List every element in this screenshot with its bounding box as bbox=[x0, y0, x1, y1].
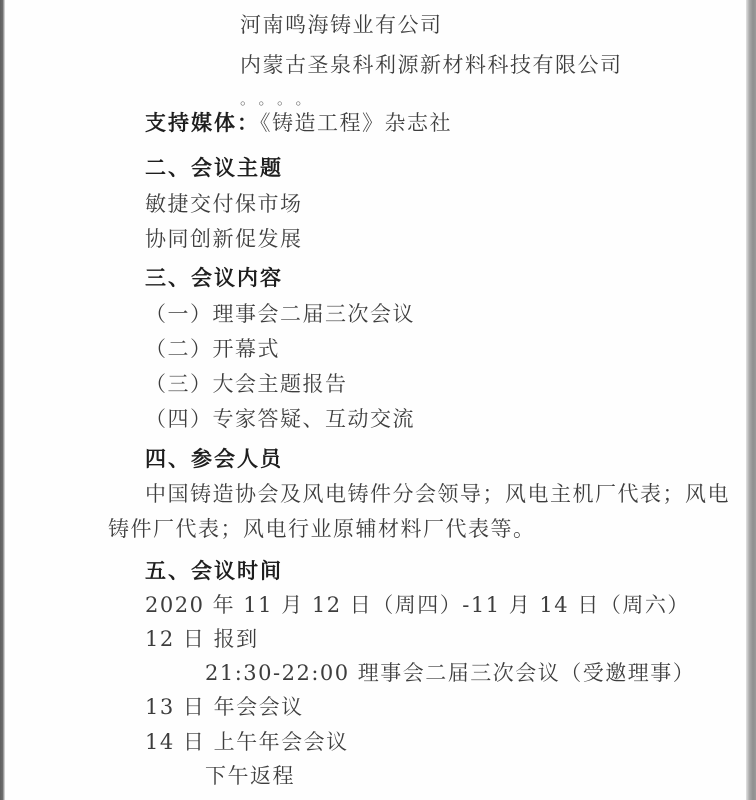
media-support-label: 支持媒体： bbox=[145, 111, 260, 135]
schedule-day14-afternoon: 下午返程 bbox=[205, 763, 295, 789]
content-item-1: （一）理事会二届三次会议 bbox=[145, 301, 415, 327]
schedule-day12-evening: 21:30-22:00 理事会二届三次会议（受邀理事） bbox=[205, 660, 695, 686]
scan-edge-right bbox=[746, 0, 756, 800]
content-item-4: （四）专家答疑、互动交流 bbox=[145, 406, 415, 432]
ellipsis-dots: 。。。。 bbox=[240, 86, 322, 112]
schedule-date-range: 2020 年 11 月 12 日（周四）-11 月 14 日（周六） bbox=[145, 592, 690, 618]
theme-line-1: 敏捷交付保市场 bbox=[145, 191, 303, 217]
organizer-company-1: 河南鸣海铸业有公司 bbox=[240, 12, 443, 38]
scan-edge-left bbox=[0, 0, 5, 800]
section-theme-heading: 二、会议主题 bbox=[145, 155, 283, 181]
media-support-line: 支持媒体：《铸造工程》杂志社 bbox=[145, 110, 452, 136]
organizer-company-2: 内蒙古圣泉科利源新材料科技有限公司 bbox=[240, 52, 623, 78]
attendees-para-line-2: 铸件厂代表；风电行业原辅材料厂代表等。 bbox=[108, 516, 536, 542]
section-attendees-heading: 四、参会人员 bbox=[145, 446, 283, 472]
section-content-heading: 三、会议内容 bbox=[145, 265, 283, 291]
theme-line-2: 协同创新促发展 bbox=[145, 226, 303, 252]
section-schedule-heading: 五、会议时间 bbox=[145, 558, 283, 584]
schedule-day12: 12 日 报到 bbox=[145, 626, 259, 652]
content-item-3: （三）大会主题报告 bbox=[145, 371, 348, 397]
attendees-para-line-1: 中国铸造协会及风电铸件分会领导；风电主机厂代表；风电 bbox=[145, 481, 730, 507]
document-page: 河南鸣海铸业有公司 内蒙古圣泉科利源新材料科技有限公司 。。。。 支持媒体：《铸… bbox=[0, 0, 756, 800]
schedule-day14: 14 日 上午年会会议 bbox=[145, 729, 349, 755]
media-support-value: 《铸造工程》杂志社 bbox=[260, 111, 452, 135]
content-item-2: （二）开幕式 bbox=[145, 336, 280, 362]
schedule-day13: 13 日 年会会议 bbox=[145, 694, 304, 720]
